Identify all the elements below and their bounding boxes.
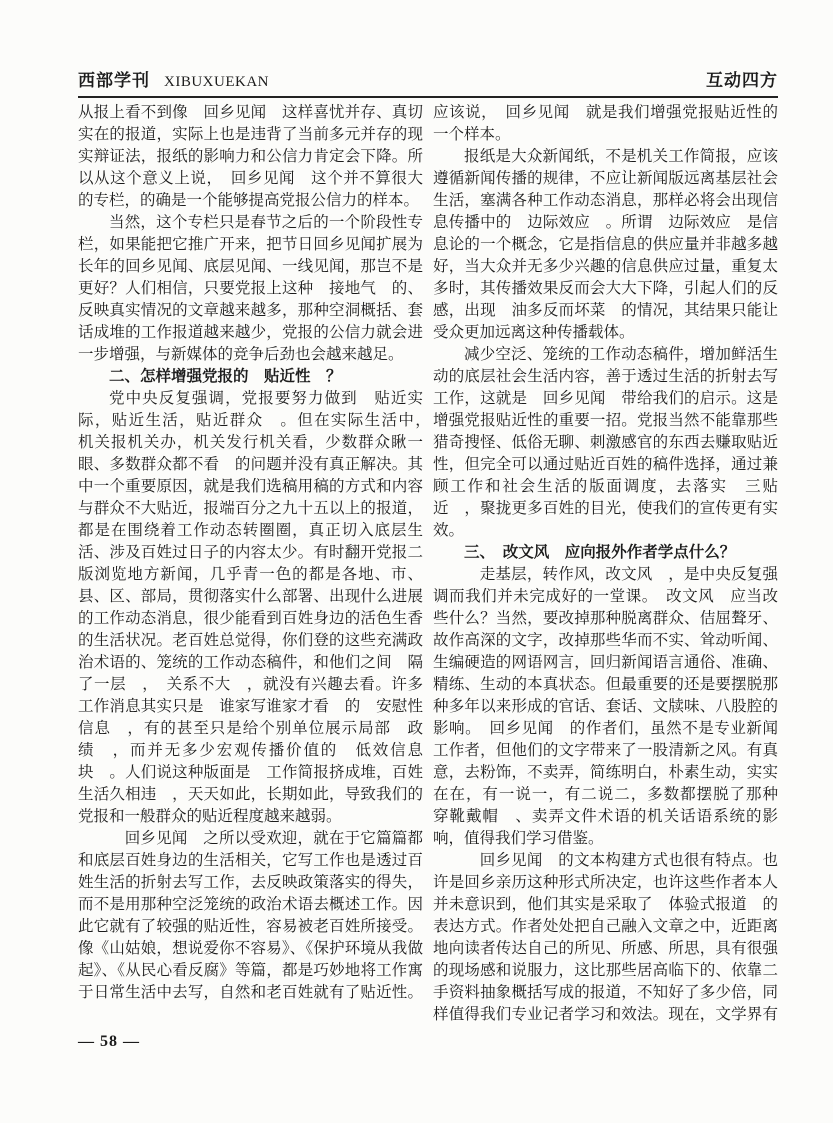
article-body: 从报上看不到像 回乡见闻 这样喜忧并存、真切实在的报道，实际上也是违背了当前多元… [78,102,778,1032]
article-paragraph: 从报上看不到像 回乡见闻 这样喜忧并存、真切实在的报道，实际上也是违背了当前多元… [78,102,423,212]
journal-name-chinese: 西部学刊 [78,66,150,91]
section-name: 互动四方 [706,66,778,91]
page-number: — 58 — [78,1033,140,1051]
page-header: 西部学刊 XIBUXUEKAN 互动四方 [78,66,778,98]
journal-title-block: 西部学刊 XIBUXUEKAN [78,66,269,91]
article-paragraph: 党中央反复强调，党报要努力做到 贴近实际，贴近生活，贴近群众 。但在实际生活中，… [78,388,423,828]
section-heading-2: 二、怎样增强党报的 贴近性 ？ [78,366,423,388]
article-paragraph: 走基层，转作风，改文风 ，是中央反复强调而我们并未完成好的一堂课。 改文风 应当… [433,564,778,850]
journal-name-pinyin: XIBUXUEKAN [164,74,269,91]
article-paragraph: 减少空泛、笼统的工作动态稿件，增加鲜活生动的底层社会生活内容，善于透过生活的折射… [433,344,778,542]
journal-page: 西部学刊 XIBUXUEKAN 互动四方 从报上看不到像 回乡见闻 这样喜忧并存… [0,0,833,1123]
article-paragraph: 报纸是大众新闻纸，不是机关工作简报，应该遵循新闻传播的规律，不应让新闻版远离基层… [433,146,778,344]
article-paragraph: 当然，这个专栏只是春节之后的一个阶段性专栏，如果能把它推广开来，把节日回乡见闻扩… [78,212,423,366]
section-heading-3: 三、 改文风 应向报外作者学点什么？ [433,542,778,564]
